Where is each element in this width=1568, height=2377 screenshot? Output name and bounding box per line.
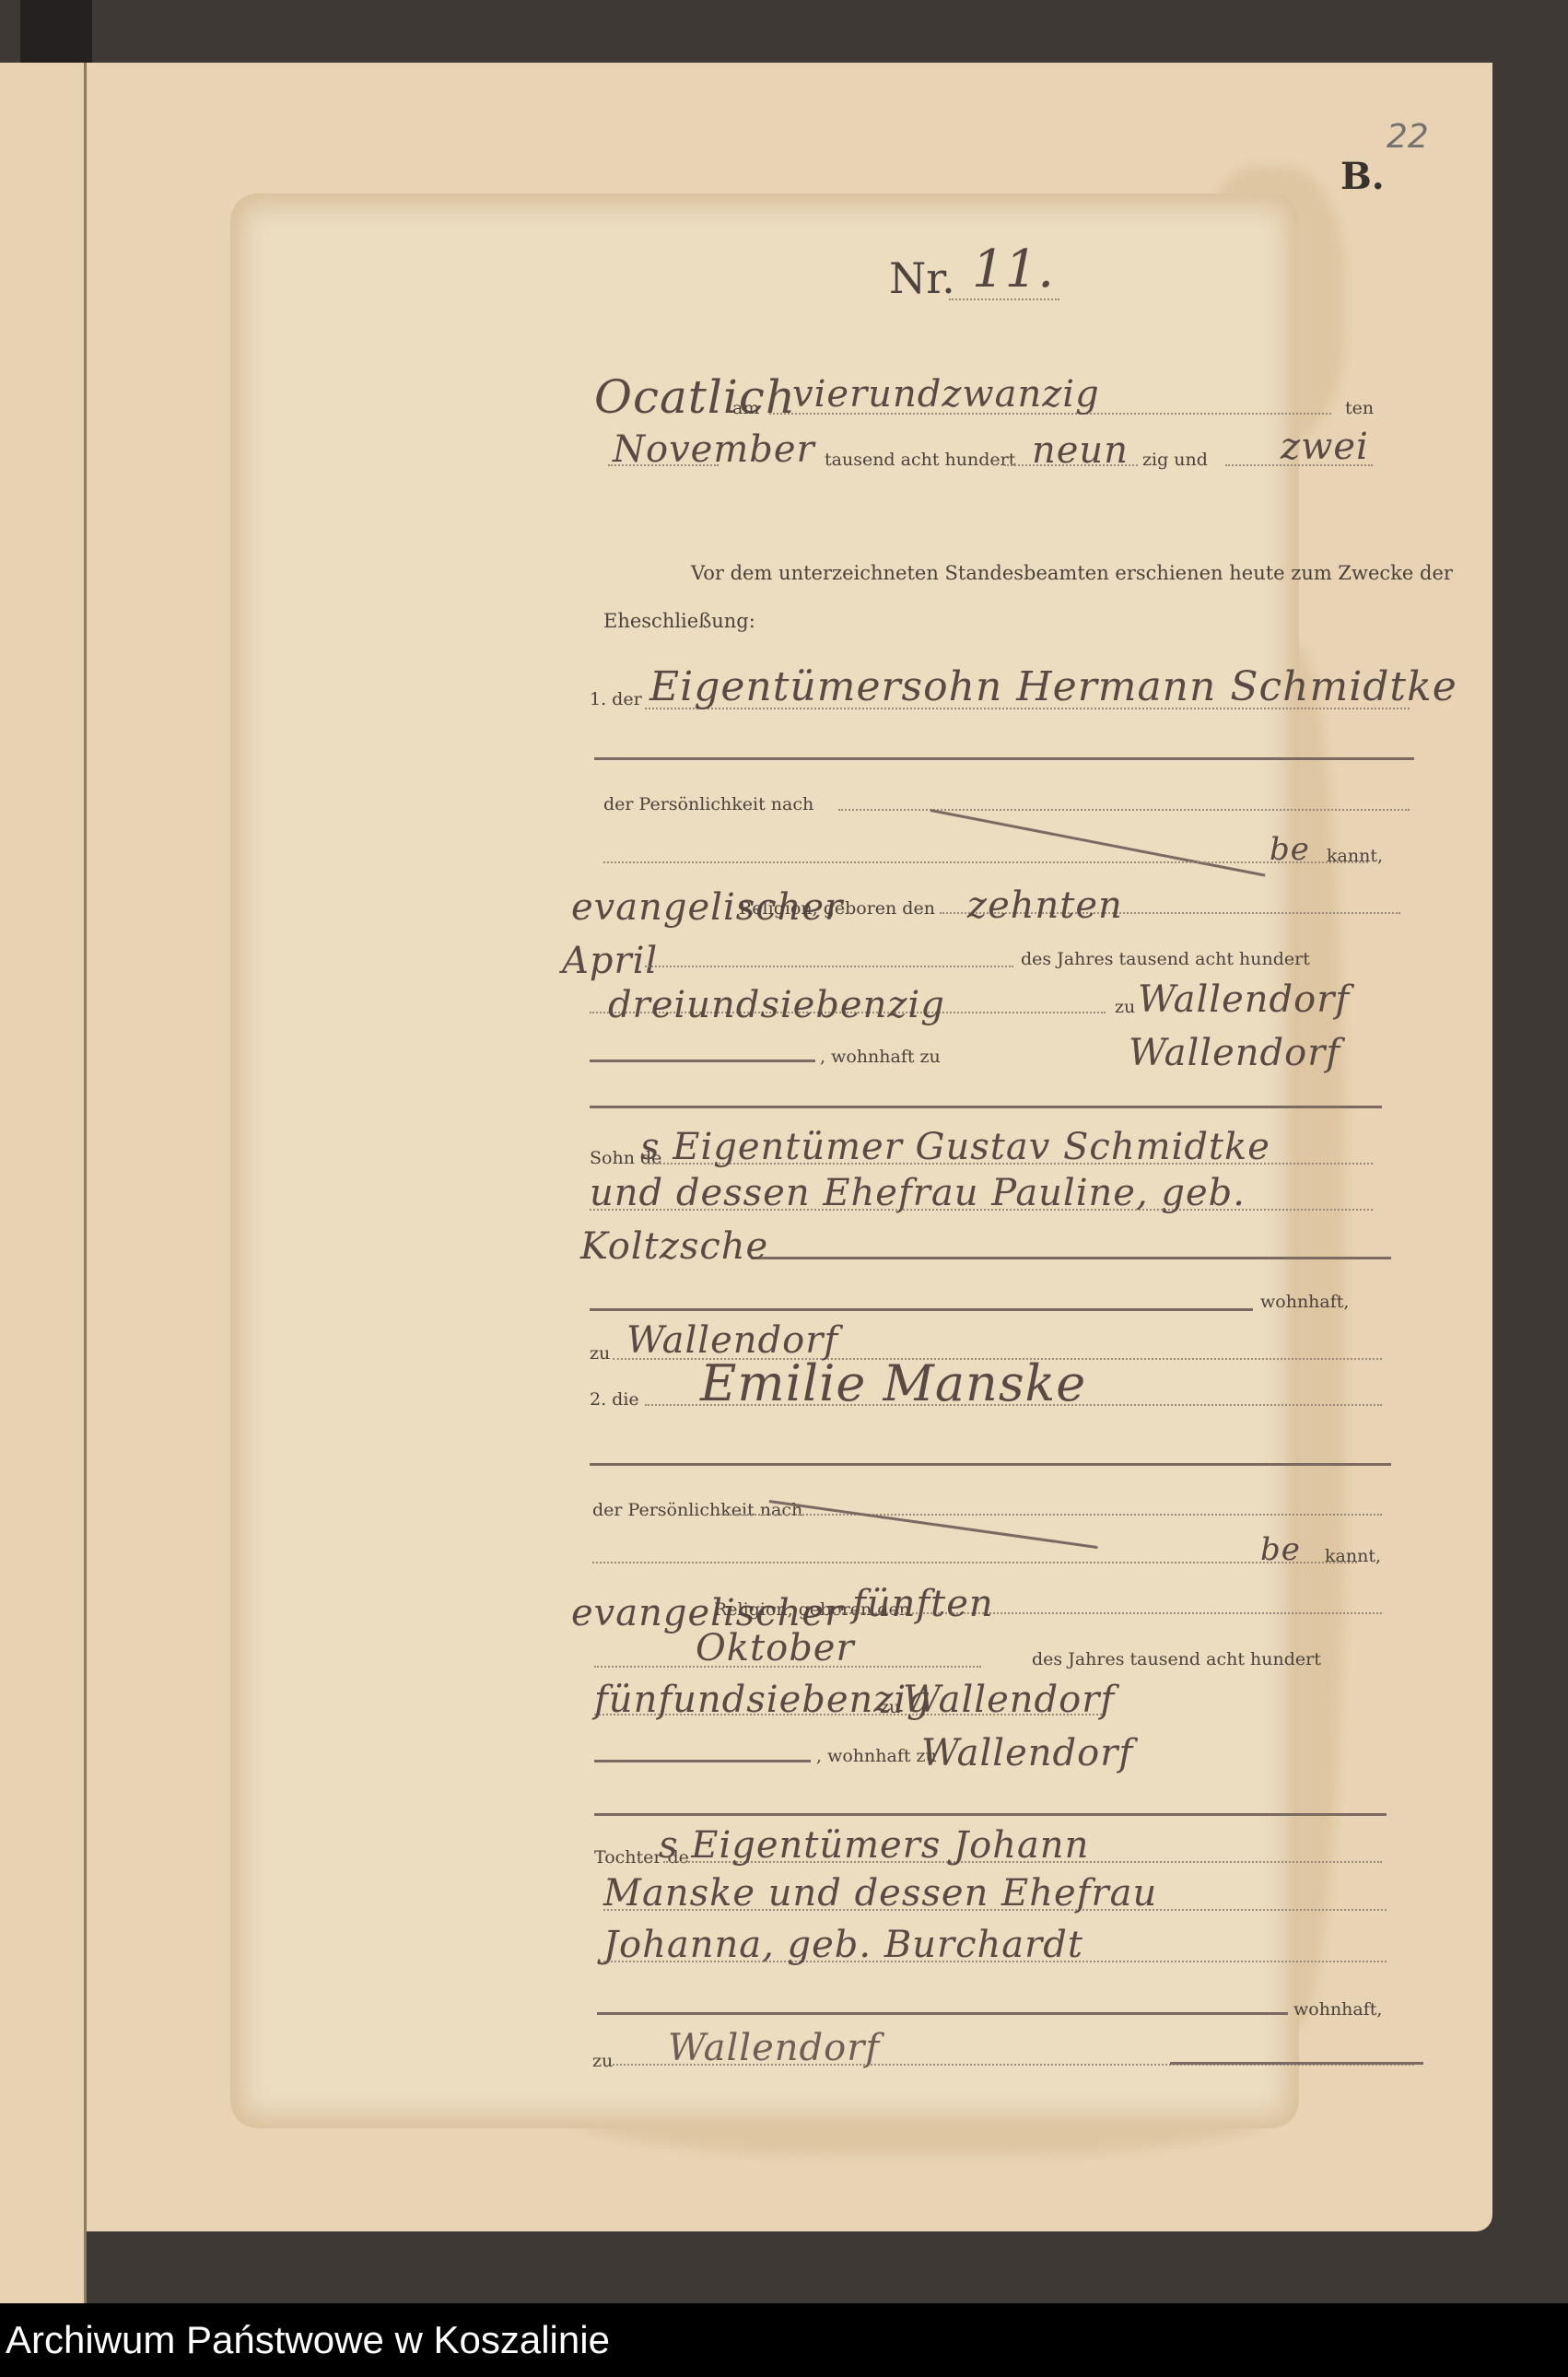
record-number-value: 11. (972, 240, 1054, 299)
bride-parents-res-strike (597, 2012, 1288, 2015)
bride-known-prefix: be (1260, 1531, 1301, 1568)
bride-number-label: 2. die (590, 1389, 639, 1410)
label-ten: ten (1345, 398, 1374, 418)
left-page-edge (0, 63, 85, 2311)
label-am: am (732, 398, 759, 418)
groom-parents-strike (751, 1257, 1391, 1259)
groom-birth-year: dreiundsiebenzig (608, 984, 945, 1026)
groom-residence-strike (590, 1060, 815, 1062)
archive-name: Archiwum Państwowe w Koszalinie (6, 2318, 610, 2362)
bride-birth-month: Oktober (696, 1627, 855, 1669)
day-handwritten: vierundzwanzig (792, 373, 1100, 416)
groom-identity-label: der Persönlichkeit nach (603, 794, 813, 814)
bride-parents-residing-label: wohnhaft, (1293, 1999, 1382, 2020)
bride-known-label: kannt, (1325, 1546, 1381, 1566)
bride-name-handwritten: Emilie Manske (700, 1354, 1086, 1412)
bride-year-label: des Jahres tausend acht hundert (1032, 1649, 1321, 1669)
groom-birth-month: April (562, 940, 658, 982)
intro-text: Vor dem unterzeichneten Standesbeamten e… (691, 562, 1453, 584)
record-number-label: Nr. (889, 253, 955, 303)
groom-parents-2: und dessen Ehefrau Pauline, geb. (590, 1172, 1246, 1214)
groom-parents-residing-label: wohnhaft, (1260, 1292, 1349, 1312)
groom-parents-3: Koltzsche (580, 1225, 768, 1268)
corner-mark: B. (1340, 155, 1385, 198)
groom-parents-zu-label: zu (590, 1343, 610, 1364)
groom-strike-line (594, 757, 1414, 760)
bride-parents-zu-label: zu (592, 2051, 613, 2071)
groom-birth-day: zehnten (967, 884, 1123, 927)
bride-birth-place: Wallendorf (903, 1679, 1115, 1721)
decade-handwritten: neun (1032, 429, 1129, 472)
groom-religion-label: Religion, geboren den (739, 898, 935, 919)
intro-eheschliessung: Eheschließung: (603, 610, 755, 632)
groom-name-handwritten: Eigentümersohn Hermann Schmidtke (649, 663, 1457, 710)
bride-parents-res-strike-2 (1170, 2062, 1423, 2065)
groom-number-label: 1. der (590, 689, 642, 709)
bride-parents-3: Johanna, geb. Burchardt (603, 1924, 1083, 1966)
bride-residing-label: , wohnhaft zu (816, 1746, 937, 1766)
groom-month-line (645, 966, 1013, 967)
bride-residence-strike (594, 1760, 811, 1762)
bride-parents-1: s Eigentümers Johann (659, 1824, 1089, 1867)
groom-zu-label: zu (1115, 997, 1135, 1017)
book-binding (20, 0, 92, 63)
groom-residing-label: , wohnhaft zu (820, 1047, 941, 1067)
unit-handwritten: zwei (1281, 426, 1369, 468)
page-number: 22 (1387, 118, 1429, 156)
groom-identity-line (838, 809, 1410, 811)
groom-known-label: kannt, (1327, 846, 1383, 866)
bride-birth-day: fünften (852, 1583, 994, 1625)
groom-parents-res-strike (590, 1308, 1253, 1311)
groom-known-line (603, 861, 1368, 863)
groom-residence: Wallendorf (1129, 1032, 1340, 1074)
label-year-prefix: tausend acht hundert (825, 450, 1015, 470)
bride-residence: Wallendorf (921, 1732, 1133, 1774)
bride-identity-line (719, 1514, 1382, 1516)
groom-known-prefix: be (1270, 831, 1310, 868)
bride-zu-label: zu (880, 1697, 900, 1717)
groom-birth-place: Wallendorf (1138, 978, 1350, 1021)
groom-parents-1: s Eigentümer Gustav Schmidtke (640, 1126, 1270, 1168)
bride-known-line (592, 1562, 1357, 1563)
month-handwritten: November (613, 428, 815, 471)
groom-year-label: des Jahres tausend acht hundert (1021, 949, 1310, 969)
bride-strike-line (590, 1463, 1391, 1466)
groom-section-rule (590, 1106, 1382, 1108)
place-handwritten: Ocatlich (594, 370, 796, 424)
bride-parents-2: Manske und dessen Ehefrau (603, 1872, 1157, 1914)
bride-section-rule (594, 1813, 1387, 1816)
label-zig-und: zig und (1142, 450, 1208, 470)
bride-parents-residence: Wallendorf (668, 2027, 880, 2069)
